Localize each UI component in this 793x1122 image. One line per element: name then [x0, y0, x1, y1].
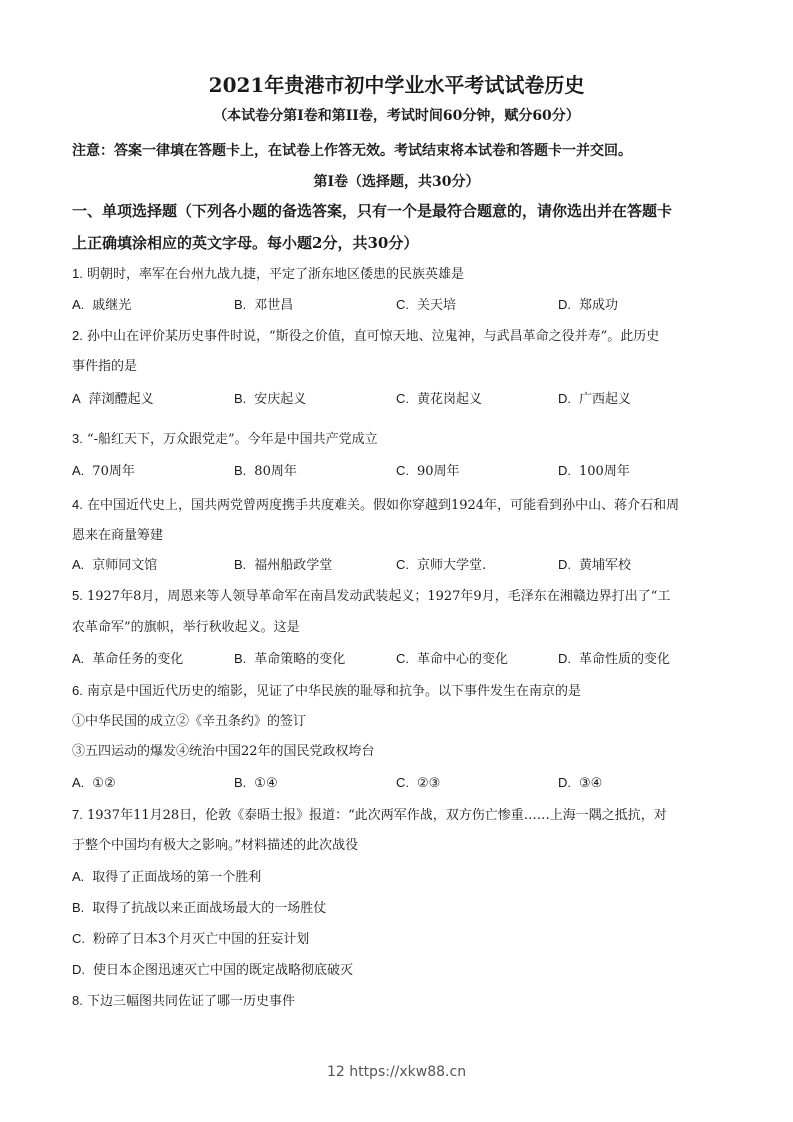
- option-d[interactable]: D.黄埔军校: [558, 557, 631, 574]
- page-title: 2021年贵港市初中学业水平考试试卷历史: [0, 72, 793, 98]
- question-number: 6.: [72, 683, 83, 698]
- option-a[interactable]: A萍浏醴起义: [72, 391, 154, 408]
- option-text: 取得了抗战以来正面战场最大的一场胜仗: [92, 901, 326, 916]
- question-text: 在中国近代史上，国共两党曾两度携手共度难关。假如你穿越到1924年，可能看到孙中…: [87, 498, 679, 513]
- option-label: C.: [72, 931, 85, 946]
- question-8-stem: 8. 下边三幅图共同佐证了哪一历史事件: [72, 993, 295, 1010]
- option-b[interactable]: B.革命策略的变化: [234, 651, 345, 668]
- option-label: B.: [234, 557, 246, 572]
- option-label: C.: [396, 651, 409, 666]
- option-label: D.: [558, 651, 571, 666]
- option-text: 100周年: [579, 464, 630, 479]
- exam-page: 2021年贵港市初中学业水平考试试卷历史 （本试卷分第Ⅰ卷和第II卷，考试时间6…: [0, 0, 793, 1122]
- question-4-options: A.京师同文馆 B.福州船政学堂 C.京师大学堂. D.黄埔军校: [72, 557, 732, 573]
- option-b[interactable]: B.福州船政学堂: [234, 557, 332, 574]
- option-label: A.: [72, 557, 84, 572]
- option-text: ①④: [254, 776, 277, 791]
- option-label: A: [72, 391, 81, 406]
- option-text: 革命性质的变化: [579, 652, 670, 667]
- question-number: 5.: [72, 588, 83, 603]
- option-label: C.: [396, 297, 409, 312]
- option-d[interactable]: D.使日本企图迅速灭亡中国的既定战略彻底破灭: [72, 962, 353, 979]
- option-label: C.: [396, 557, 409, 572]
- question-3-stem: 3. “-船红天下，万众跟党走”。今年是中国共产党成立: [72, 431, 378, 448]
- option-a[interactable]: A.70周年: [72, 463, 135, 480]
- option-b[interactable]: B.取得了抗战以来正面战场最大的一场胜仗: [72, 900, 326, 917]
- question-1-stem: 1. 明朝时，率军在台州九战九捷，平定了浙东地区倭患的民族英雄是: [72, 266, 464, 283]
- option-b[interactable]: B.邓世昌: [234, 297, 293, 314]
- option-d[interactable]: D.100周年: [558, 463, 630, 480]
- option-label: B.: [234, 463, 246, 478]
- question-number: 4.: [72, 497, 83, 512]
- option-text: 安庆起义: [254, 392, 306, 407]
- question-2-options: A萍浏醴起义 B.安庆起义 C.黄花岗起义 D.广西起义: [72, 391, 732, 407]
- option-label: D.: [558, 391, 571, 406]
- option-d[interactable]: D.郑成功: [558, 297, 618, 314]
- option-text: 萍浏醴起义: [89, 392, 154, 407]
- option-d[interactable]: D.③④: [558, 775, 602, 792]
- option-a[interactable]: A.取得了正面战场的第一个胜利: [72, 869, 261, 886]
- section-heading-line-1: 一、单项选择题（下列各小题的备选答案，只有一个是最符合题意的，请你选出并在答题卡: [72, 203, 672, 219]
- question-text: 孙中山在评价某历史事件时说，“斯役之价值，直可惊天地、泣鬼神，与武昌革命之役并寿…: [87, 329, 659, 344]
- question-2-stem: 2. 孙中山在评价某历史事件时说，“斯役之价值，直可惊天地、泣鬼神，与武昌革命之…: [72, 328, 659, 345]
- option-label: B.: [234, 775, 246, 790]
- option-label: B.: [234, 297, 246, 312]
- option-text: 黄花岗起义: [417, 392, 482, 407]
- option-label: D.: [72, 962, 85, 977]
- option-a[interactable]: A.①②: [72, 775, 116, 792]
- option-a[interactable]: A.革命任务的变化: [72, 651, 183, 668]
- question-1-options: A.戚继光 B.邓世昌 C.关天培 D.郑成功: [72, 297, 732, 313]
- option-c[interactable]: C.90周年: [396, 463, 460, 480]
- option-label: A.: [72, 651, 84, 666]
- exam-subtitle: （本试卷分第Ⅰ卷和第II卷，考试时间60分钟，赋分60分）: [0, 108, 793, 124]
- option-text: 取得了正面战场的第一个胜利: [92, 870, 261, 885]
- option-text: 关天培: [417, 298, 456, 313]
- section-heading-line-2: 上正确填涂相应的英文字母。每小题2分，共30分）: [72, 235, 418, 251]
- question-5-stem-cont: 农革命军”的旗帜，举行秋收起义。这是: [72, 620, 300, 636]
- option-text: 80周年: [254, 464, 297, 479]
- option-c[interactable]: C.革命中心的变化: [396, 651, 508, 668]
- option-label: B.: [234, 391, 246, 406]
- option-text: 京师大学堂.: [417, 558, 486, 573]
- question-number: 1.: [72, 266, 83, 281]
- question-text: 1937年11月28日，伦敦《泰晤士报》报道：“此次两军作战，双方伤亡惨重……上…: [87, 808, 667, 823]
- option-text: 粉碎了日本3个月灭亡中国的狂妄计划: [93, 932, 309, 947]
- question-4-stem-cont: 恩来在商量筹建: [72, 528, 163, 544]
- option-label: A.: [72, 463, 84, 478]
- option-label: D.: [558, 297, 571, 312]
- part-title: 第Ⅰ卷（选择题，共30分）: [0, 174, 793, 190]
- question-text: 1927年8月，周恩来等人领导革命军在南昌发动武装起义；1927年9月，毛泽东在…: [87, 589, 670, 604]
- question-5-options: A.革命任务的变化 B.革命策略的变化 C.革命中心的变化 D.革命性质的变化: [72, 651, 732, 667]
- option-b[interactable]: B.80周年: [234, 463, 297, 480]
- question-7-stem-cont: 于整个中国均有极大之影响。”材料描述的此次战役: [72, 838, 358, 854]
- option-c[interactable]: C.关天培: [396, 297, 456, 314]
- option-d[interactable]: D.广西起义: [558, 391, 631, 408]
- option-text: 革命任务的变化: [92, 652, 183, 667]
- option-label: A.: [72, 775, 84, 790]
- question-text: 南京是中国近代历史的缩影，见证了中华民族的耻辱和抗争。以下事件发生在南京的是: [87, 684, 581, 699]
- question-2-stem-cont: 事件指的是: [72, 359, 137, 375]
- option-a[interactable]: A.戚继光: [72, 297, 131, 314]
- option-text: 70周年: [92, 464, 135, 479]
- option-label: D.: [558, 557, 571, 572]
- option-label: A.: [72, 869, 84, 884]
- option-a[interactable]: A.京师同文馆: [72, 557, 157, 574]
- option-label: D.: [558, 775, 571, 790]
- option-c[interactable]: C.粉碎了日本3个月灭亡中国的狂妄计划: [72, 931, 309, 948]
- option-text: 革命策略的变化: [254, 652, 345, 667]
- option-c[interactable]: C.②③: [396, 775, 440, 792]
- option-text: 邓世昌: [254, 298, 293, 313]
- option-b[interactable]: B.安庆起义: [234, 391, 306, 408]
- option-label: B.: [72, 900, 84, 915]
- option-text: ①②: [92, 776, 115, 791]
- option-c[interactable]: C.京师大学堂.: [396, 557, 486, 574]
- option-c[interactable]: C.黄花岗起义: [396, 391, 482, 408]
- option-label: C.: [396, 775, 409, 790]
- question-6-stem: 6. 南京是中国近代历史的缩影，见证了中华民族的耻辱和抗争。以下事件发生在南京的…: [72, 683, 581, 700]
- option-text: ②③: [417, 776, 440, 791]
- option-text: ③④: [579, 776, 602, 791]
- option-text: 福州船政学堂: [254, 558, 332, 573]
- question-text: “-船红天下，万众跟党走”。今年是中国共产党成立: [87, 432, 378, 447]
- option-text: 黄埔军校: [579, 558, 631, 573]
- option-text: 京师同文馆: [92, 558, 157, 573]
- question-5-stem: 5. 1927年8月，周恩来等人领导革命军在南昌发动武装起义；1927年9月，毛…: [72, 588, 670, 605]
- option-text: 广西起义: [579, 392, 631, 407]
- option-b[interactable]: B.①④: [234, 775, 278, 792]
- option-text: 革命中心的变化: [417, 652, 508, 667]
- option-text: 90周年: [417, 464, 460, 479]
- option-label: D.: [558, 463, 571, 478]
- option-label: A.: [72, 297, 84, 312]
- option-label: B.: [234, 651, 246, 666]
- option-d[interactable]: D.革命性质的变化: [558, 651, 670, 668]
- question-number: 8.: [72, 993, 83, 1008]
- question-number: 7.: [72, 807, 83, 822]
- question-6-item-list-2: ③五四运动的爆发④统治中国22年的国民党政权垮台: [72, 744, 375, 760]
- question-number: 2.: [72, 328, 83, 343]
- option-text: 郑成功: [579, 298, 618, 313]
- option-text: 使日本企图迅速灭亡中国的既定战略彻底破灭: [93, 963, 353, 978]
- option-label: C.: [396, 463, 409, 478]
- question-number: 3.: [72, 431, 83, 446]
- question-4-stem: 4. 在中国近代史上，国共两党曾两度携手共度难关。假如你穿越到1924年，可能看…: [72, 497, 679, 514]
- question-text: 下边三幅图共同佐证了哪一历史事件: [87, 994, 295, 1009]
- option-text: 戚继光: [92, 298, 131, 313]
- page-footer: 12 https://xkw88.cn: [0, 1064, 793, 1080]
- question-6-item-list-1: ①中华民国的成立②《辛丑条约》的签订: [72, 714, 306, 730]
- option-label: C.: [396, 391, 409, 406]
- question-7-stem: 7. 1937年11月28日，伦敦《泰晤士报》报道：“此次两军作战，双方伤亡惨重…: [72, 807, 667, 824]
- question-3-options: A.70周年 B.80周年 C.90周年 D.100周年: [72, 463, 732, 479]
- exam-notice: 注意：答案一律填在答题卡上，在试卷上作答无效。考试结束将本试卷和答题卡一并交回。: [72, 143, 632, 159]
- question-text: 明朝时，率军在台州九战九捷，平定了浙东地区倭患的民族英雄是: [87, 267, 464, 282]
- question-6-options: A.①② B.①④ C.②③ D.③④: [72, 775, 732, 791]
